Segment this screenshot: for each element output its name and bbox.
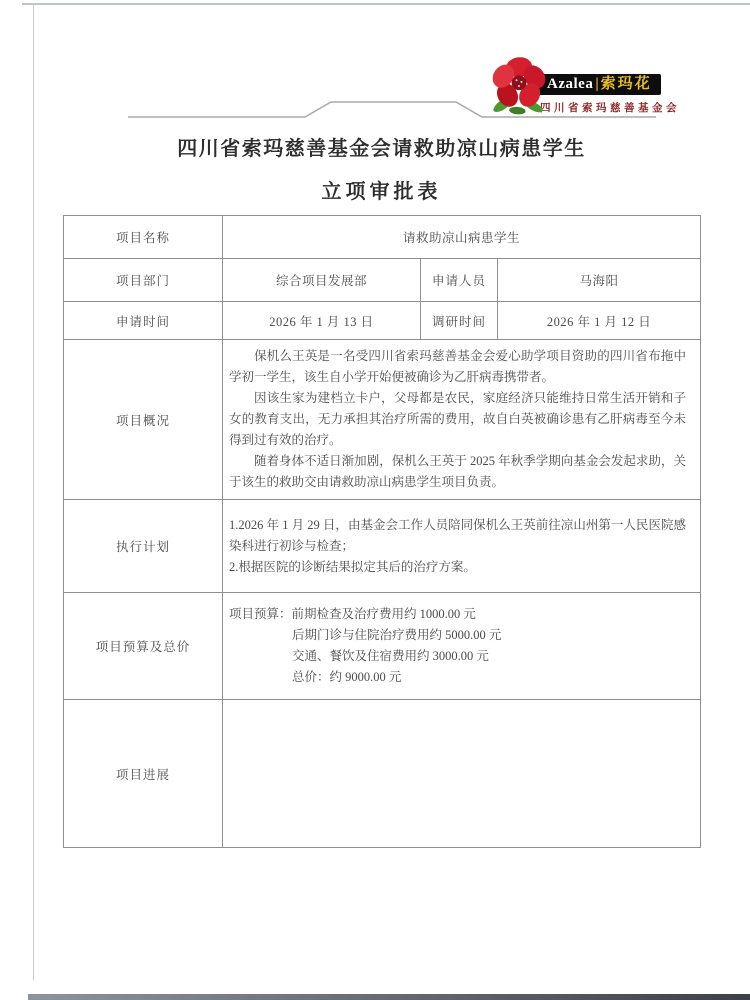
azalea-flower-icon [486,54,552,118]
department-label: 项目部门 [64,259,223,302]
plan-item: 1.2026 年 1 月 29 日，由基金会工作人员陪同保机么王英前往凉山州第一… [229,515,686,557]
progress-text [223,700,701,848]
overview-paragraph: 保机么王英是一名受四川省索玛慈善基金会爱心助学项目资助的四川省布拖中学初一学生，… [229,346,686,388]
plan-text: 1.2026 年 1 月 29 日，由基金会工作人员陪同保机么王英前往凉山州第一… [223,500,701,593]
document-title-line1: 四川省索玛慈善基金会请救助凉山病患学生 [63,132,700,161]
row-department-applicant: 项目部门 综合项目发展部 申请人员 马海阳 [64,259,701,302]
logo-banner: Azalea|索玛花 [538,74,661,95]
logo-banner-divider: | [593,76,600,92]
budget-line: 后期门诊与住院治疗费用约 5000.00 元 [229,625,686,646]
logo-banner-cn: 索玛花 [601,76,652,92]
row-plan: 执行计划 1.2026 年 1 月 29 日，由基金会工作人员陪同保机么王英前往… [64,500,701,593]
overview-paragraph: 因该生家为建档立卡户，父母都是农民，家庭经济只能维持日常生活开销和子女的教育支出… [229,388,686,451]
logo-banner-en: Azalea [547,76,593,92]
overview-paragraph: 随着身体不适日渐加剧，保机么王英于 2025 年秋季学期向基金会发起求助，关于该… [229,451,686,493]
scanned-approval-form-page: Azalea|索玛花 四川省索玛慈善基金会 四川省索玛慈善基金会请救助凉山病患学… [0,0,750,1000]
overview-label: 项目概况 [64,340,223,500]
budget-label: 项目预算及总价 [64,593,223,700]
approval-form-table: 项目名称 请救助凉山病患学生 项目部门 综合项目发展部 申请人员 马海阳 申请时… [63,215,701,848]
progress-label: 项目进展 [64,700,223,848]
project-name-value: 请救助凉山病患学生 [223,216,701,259]
project-name-label: 项目名称 [64,216,223,259]
scan-edge-top [22,3,750,5]
row-times: 申请时间 2026 年 1 月 13 日 调研时间 2026 年 1 月 12 … [64,302,701,340]
budget-line: 交通、餐饮及住宿费用约 3000.00 元 [229,646,686,667]
row-budget: 项目预算及总价 项目预算：前期检查及治疗费用约 1000.00 元 后期门诊与住… [64,593,701,700]
apply-time-value: 2026 年 1 月 13 日 [223,302,421,340]
foundation-logo: Azalea|索玛花 四川省索玛慈善基金会 [486,54,676,120]
row-progress: 项目进展 [64,700,701,848]
scan-edge-bottom [28,994,750,1000]
apply-time-label: 申请时间 [64,302,223,340]
budget-line: 项目预算：前期检查及治疗费用约 1000.00 元 [229,604,686,625]
applicant-label: 申请人员 [421,259,498,302]
budget-text: 项目预算：前期检查及治疗费用约 1000.00 元 后期门诊与住院治疗费用约 5… [223,593,701,700]
survey-time-label: 调研时间 [421,302,498,340]
row-overview: 项目概况 保机么王英是一名受四川省索玛慈善基金会爱心助学项目资助的四川省布拖中学… [64,340,701,500]
plan-label: 执行计划 [64,500,223,593]
department-value: 综合项目发展部 [223,259,421,302]
document-title-block: 四川省索玛慈善基金会请救助凉山病患学生 立项审批表 [63,132,700,204]
row-project-name: 项目名称 请救助凉山病患学生 [64,216,701,259]
budget-line: 总价：约 9000.00 元 [229,667,686,688]
plan-item: 2.根据医院的诊断结果拟定其后的治疗方案。 [229,557,686,578]
document-title-line2: 立项审批表 [63,175,700,204]
logo-org-name: 四川省索玛慈善基金会 [540,100,680,115]
scan-edge-left [33,5,34,980]
survey-time-value: 2026 年 1 月 12 日 [498,302,701,340]
applicant-value: 马海阳 [498,259,701,302]
overview-text: 保机么王英是一名受四川省索玛慈善基金会爱心助学项目资助的四川省布拖中学初一学生，… [223,340,701,500]
